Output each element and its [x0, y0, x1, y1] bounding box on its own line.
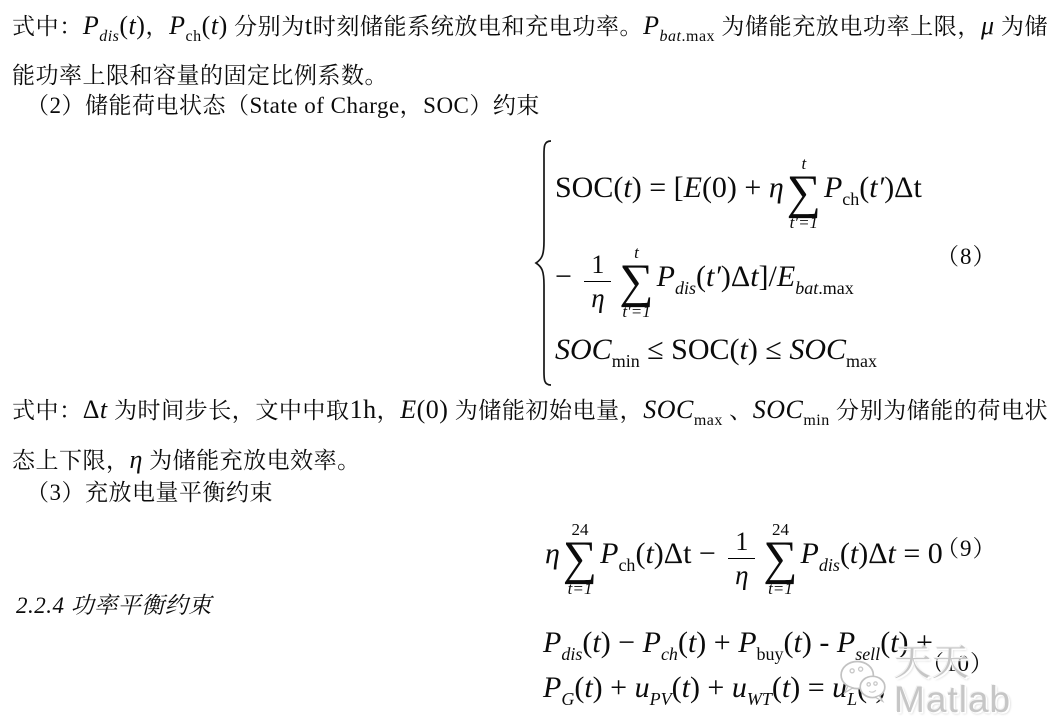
math-token: (0) — [417, 395, 449, 424]
math-token: η — [545, 537, 560, 570]
math-token: ∑ — [563, 539, 597, 578]
math-token: (0) + — [702, 171, 769, 204]
math-token: dis — [819, 555, 840, 575]
math-token: ( — [880, 626, 890, 659]
math-token: t′ — [869, 171, 884, 204]
math-token: ) — [876, 671, 886, 704]
math-token: t — [645, 537, 653, 570]
math-token: 式中： — [12, 398, 83, 423]
math-token: ) = — [790, 671, 832, 704]
math-token: )Δt − — [654, 537, 724, 570]
math-token: 、 — [723, 398, 753, 423]
math-token: SOC — [753, 395, 804, 424]
math-token: t — [305, 11, 313, 40]
math-token: 1 — [584, 250, 611, 282]
math-token: P — [837, 626, 855, 659]
math-token: )Δ — [721, 260, 750, 293]
math-token: ch — [618, 555, 635, 575]
math-token: ( — [635, 537, 645, 570]
summation-symbol: 24∑t=1 — [763, 521, 797, 599]
math-token: ， — [145, 14, 169, 39]
math-token: ) + — [696, 626, 738, 659]
math-token: P — [824, 171, 842, 204]
equation-8-number: （8） — [936, 238, 997, 271]
math-token: SOC — [555, 333, 612, 366]
math-token: P — [543, 626, 561, 659]
math-token: 1h — [350, 395, 377, 424]
math-token: ≤ SOC( — [640, 333, 740, 366]
heading-soc-constraint: （2）储能荷电状态（State of Charge，SOC）约束 — [26, 91, 540, 121]
math-token: .max — [682, 28, 716, 45]
math-token: SOC — [789, 333, 846, 366]
equation-8-row-3: SOCmin ≤ SOC(t) ≤ SOCmax — [555, 326, 877, 374]
math-token: ) − — [601, 626, 643, 659]
math-token: 为储能初始电量， — [448, 398, 643, 423]
math-token: P — [643, 626, 661, 659]
math-token: t′=1 — [622, 302, 650, 322]
math-token: u — [832, 671, 847, 704]
math-token: min — [612, 351, 640, 371]
math-token: ( — [772, 671, 782, 704]
math-token: ( — [857, 671, 867, 704]
math-token: 1 — [728, 527, 755, 559]
math-token: ) + — [690, 671, 732, 704]
math-token: P — [83, 11, 99, 40]
math-token: t — [750, 260, 758, 293]
math-token: E — [400, 395, 416, 424]
equation-10-line-1: Pdis(t) − Pch(t) + Pbuy(t) - Psell(t) + — [543, 620, 933, 665]
math-token: ( — [574, 671, 584, 704]
math-token: dis — [561, 644, 582, 664]
math-token: PV — [650, 689, 672, 709]
math-token: 时刻储能系统放电和充电功率。 — [313, 14, 644, 39]
math-token: max — [694, 412, 723, 429]
math-token: P — [801, 537, 819, 570]
math-token: t — [850, 537, 858, 570]
math-token: 为储能充放电效率。 — [143, 448, 361, 473]
math-token: t — [623, 171, 631, 204]
math-token: t — [584, 671, 592, 704]
heading-charge-balance-constraint: （3）充放电量平衡约束 — [26, 478, 273, 508]
equation-10-power-balance: Pdis(t) − Pch(t) + Pbuy(t) - Psell(t) + … — [543, 620, 933, 710]
math-token: .max — [818, 278, 854, 298]
math-token: ]/ — [759, 260, 777, 293]
math-token: ∑ — [787, 173, 821, 212]
math-token: P — [169, 11, 185, 40]
math-token: P — [643, 11, 659, 40]
math-token: ) - — [802, 626, 837, 659]
math-token: L — [847, 689, 857, 709]
paragraph-symbol-explanation-1: 式中：Pdis(t)，Pch(t) 分别为t时刻储能系统放电和充电功率。Pbat… — [12, 6, 1048, 95]
math-token: ch — [661, 644, 678, 664]
math-token: P — [543, 671, 561, 704]
math-token: ch — [186, 28, 202, 45]
math-token: u — [732, 671, 747, 704]
equation-8-soc: SOC(t) = [E(0) + ηt∑t′=1Pch(t′)Δt − 1ηt∑… — [533, 138, 963, 388]
math-token: η — [130, 445, 143, 474]
math-token: 为时间步长，文中中取 — [108, 398, 350, 423]
summation-symbol: t∑t′=1 — [619, 244, 653, 322]
math-token: ( — [784, 626, 794, 659]
math-token: ∑ — [763, 539, 797, 578]
math-token: ) + — [593, 671, 635, 704]
equation-9-energy-balance: η24∑t=1Pch(t)Δt − 1η24∑t=1Pdis(t)Δt = 0 — [545, 506, 943, 602]
math-token: t — [794, 626, 802, 659]
math-token: ( — [696, 260, 706, 293]
math-token: ( — [202, 11, 211, 40]
math-token: SOC — [643, 395, 694, 424]
math-token: ( — [840, 537, 850, 570]
math-token: dis — [675, 278, 696, 298]
math-token: t — [682, 671, 690, 704]
math-token: 式中： — [12, 14, 83, 39]
equation-8-row-1: SOC(t) = [E(0) + ηt∑t′=1Pch(t′)Δt — [555, 146, 922, 230]
math-token: ∑ — [619, 262, 653, 301]
math-token: ， — [377, 398, 401, 423]
left-curly-brace — [533, 138, 555, 388]
math-token: dis — [99, 28, 119, 45]
math-token: 分别为 — [228, 14, 305, 39]
math-token: bat — [660, 28, 682, 45]
summation-symbol: 24∑t=1 — [563, 521, 597, 599]
equation-9-number: （9） — [936, 530, 997, 563]
fraction: 1η — [728, 527, 755, 591]
math-token: μ — [981, 11, 995, 40]
math-token: t — [100, 395, 108, 424]
math-token: t — [890, 626, 898, 659]
math-token: SOC( — [555, 171, 623, 204]
math-token: buy — [757, 644, 784, 664]
fraction: 1η — [584, 250, 611, 314]
math-token: t — [740, 333, 748, 366]
math-token: sell — [855, 644, 880, 664]
math-token: ( — [119, 11, 128, 40]
document-page: 式中：Pdis(t)，Pch(t) 分别为t时刻储能系统放电和充电功率。Pbat… — [0, 0, 1058, 722]
math-token: t — [592, 626, 600, 659]
math-token: t — [867, 671, 875, 704]
math-token: ) ≤ — [748, 333, 789, 366]
math-token: η — [591, 282, 604, 314]
math-token: min — [803, 412, 829, 429]
math-token: WT — [747, 689, 772, 709]
math-token: t — [888, 537, 896, 570]
math-token: t — [782, 671, 790, 704]
equation-8-row-2: − 1ηt∑t′=1Pdis(t′)Δt]/Ebat.max — [555, 230, 854, 324]
heading-power-balance-section: 2.2.4 功率平衡约束 — [16, 591, 212, 621]
math-token: η — [769, 171, 784, 204]
math-token: )Δt — [884, 171, 922, 204]
math-token: P — [600, 537, 618, 570]
paragraph-symbol-explanation-2: 式中：Δt 为时间步长，文中中取1h，E(0) 为储能初始电量，SOCmax 、… — [12, 390, 1048, 480]
math-token: )Δ — [858, 537, 887, 570]
math-token: t′ — [706, 260, 721, 293]
math-token: − — [555, 260, 579, 293]
math-token: ch — [842, 189, 859, 209]
math-token: ( — [672, 671, 682, 704]
math-token: t=1 — [568, 579, 593, 599]
equation-10-number: （10） — [921, 645, 994, 678]
math-token: E — [777, 260, 795, 293]
math-token: t=1 — [768, 579, 793, 599]
math-token: η — [735, 559, 748, 591]
math-token: ) — [219, 11, 228, 40]
math-token: ( — [582, 626, 592, 659]
math-token: ( — [678, 626, 688, 659]
math-token: max — [846, 351, 877, 371]
math-token: 为储能充放电功率上限， — [715, 14, 981, 39]
math-token: P — [738, 626, 756, 659]
math-token: E — [684, 171, 702, 204]
math-token: ) = [ — [632, 171, 684, 204]
math-token: u — [635, 671, 650, 704]
equation-10-line-2: PG(t) + uPV(t) + uWT(t) = uL(t) — [543, 665, 933, 710]
summation-symbol: t∑t′=1 — [787, 155, 821, 233]
math-token: P — [657, 260, 675, 293]
math-token: ( — [859, 171, 869, 204]
math-token: G — [561, 689, 574, 709]
math-token: t — [211, 11, 219, 40]
math-token: Δ — [83, 395, 100, 424]
math-token: bat — [795, 278, 818, 298]
